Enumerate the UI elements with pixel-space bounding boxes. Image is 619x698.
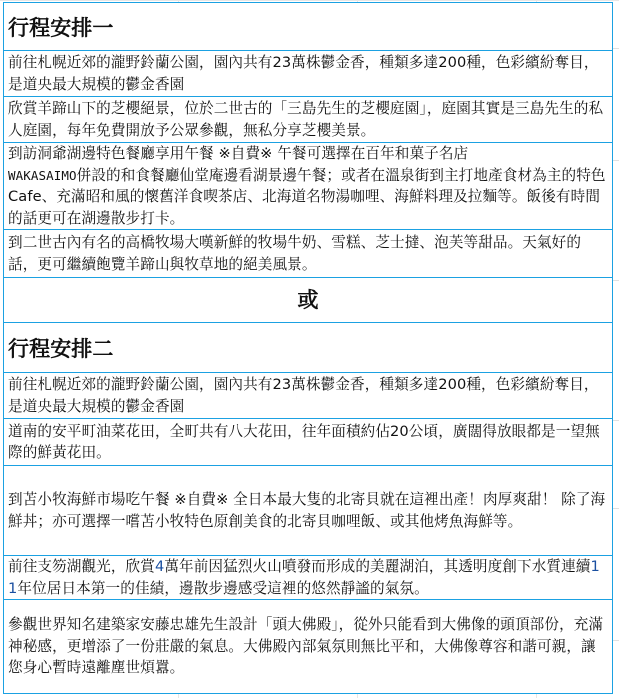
plan-one-item-3-text-a: 到訪洞爺湖邊特色餐廳享用午餐 ※自費※ 午餐可選擇在百年和菓子名店 — [8, 145, 468, 162]
plan-one-item-4: 到二世古內有名的高橋牧場大嘆新鮮的牧場牛奶、雪糕、芝士撻、泡芙等甜品。天氣好的話… — [4, 230, 613, 278]
plan-two-item-5: 參觀世界知名建築家安藤忠雄先生設計「頭大佛殿」，從外只能看到大佛像的頭頂部份，充… — [4, 600, 613, 694]
plan-one-item-3: 到訪洞爺湖邊特色餐廳享用午餐 ※自費※ 午餐可選擇在百年和菓子名店WAKASAI… — [4, 143, 613, 230]
plan-two-item-4-text-b: 萬年前因猛烈火山噴發而形成的美麗湖泊，其透明度創下水質連續 — [164, 558, 590, 575]
plan-two-item-4-text-a: 前往支笏湖觀光，欣賞 — [8, 558, 155, 575]
gridline — [613, 280, 619, 281]
plan-one-item-row: 欣賞羊蹄山下的芝櫻絕景，位於二世古的「三島先生的芝櫻庭園」，庭園其實是三島先生的… — [4, 97, 613, 143]
plan-one-item-row: 到二世古內有名的高橋牧場大嘆新鮮的牧場牛奶、雪糕、芝士撻、泡芙等甜品。天氣好的話… — [4, 230, 613, 278]
plan-one-item-2: 欣賞羊蹄山下的芝櫻絕景，位於二世古的「三島先生的芝櫻庭園」，庭園其實是三島先生的… — [4, 97, 613, 143]
gridline — [613, 420, 619, 421]
plan-two-item-1: 前往札幌近郊的瀧野鈴蘭公園，園內共有23萬株鬱金香，種類多達200種，色彩繽紛奪… — [4, 373, 613, 419]
gridline — [613, 508, 619, 509]
or-separator: 或 — [4, 278, 613, 323]
plan-two-item-4: 前往支笏湖觀光，欣賞4萬年前因猛烈火山噴發而形成的美麗湖泊，其透明度創下水質連續… — [4, 556, 613, 600]
plan-two-item-4-text-c: 年位居日本第一的佳績，邊散步邊感受這裡的悠然靜謐的氣氛。 — [17, 580, 428, 597]
plan-two-title: 行程安排二 — [4, 323, 613, 373]
plan-two-item-row: 前往札幌近郊的瀧野鈴蘭公園，園內共有23萬株鬱金香，種類多達200種，色彩繽紛奪… — [4, 373, 613, 419]
gridline — [613, 160, 619, 161]
plan-one-title: 行程安排一 — [4, 3, 613, 51]
gridline — [613, 640, 619, 641]
separator-row: 或 — [4, 278, 613, 323]
plan-two-item-3: 到苫小牧海鮮市場吃午餐 ※自費※ 全日本最大隻的北寄貝就在這裡出產！肉厚爽甜！ … — [4, 466, 613, 556]
plan-one-item-row: 到訪洞爺湖邊特色餐廳享用午餐 ※自費※ 午餐可選擇在百年和菓子名店WAKASAI… — [4, 143, 613, 230]
gridline — [613, 48, 619, 49]
plan-two-title-row: 行程安排二 — [4, 323, 613, 373]
plan-two-item-row: 道南的安平町油菜花田，全町共有八大花田，往年面積約佔20公頃，廣闊得放眼都是一望… — [4, 419, 613, 466]
plan-two-item-row: 參觀世界知名建築家安藤忠雄先生設計「頭大佛殿」，從外只能看到大佛像的頭頂部份，充… — [4, 600, 613, 694]
plan-two-item-4-number-1: 4 — [155, 558, 164, 575]
plan-one-item-1: 前往札幌近郊的瀧野鈴蘭公園，園內共有23萬株鬱金香，種類多達200種，色彩繽紛奪… — [4, 51, 613, 97]
itinerary-table: 行程安排一 前往札幌近郊的瀧野鈴蘭公園，園內共有23萬株鬱金香，種類多達200種… — [3, 2, 613, 694]
plan-one-item-row: 前往札幌近郊的瀧野鈴蘭公園，園內共有23萬株鬱金香，種類多達200種，色彩繽紛奪… — [4, 51, 613, 97]
plan-two-item-2: 道南的安平町油菜花田，全町共有八大花田，往年面積約佔20公頃，廣闊得放眼都是一望… — [4, 419, 613, 466]
plan-one-item-3-text-b: 併設的和食餐廳仙堂庵邊看湖景邊午餐；或者在溫泉街到主打地產食材為主的特色Cafe… — [8, 167, 606, 227]
plan-one-item-3-brand: WAKASAIMO — [8, 168, 77, 183]
plan-one-title-row: 行程安排一 — [4, 3, 613, 51]
plan-two-item-row: 到苫小牧海鮮市場吃午餐 ※自費※ 全日本最大隻的北寄貝就在這裡出產！肉厚爽甜！ … — [4, 466, 613, 556]
plan-two-item-row: 前往支笏湖觀光，欣賞4萬年前因猛烈火山噴發而形成的美麗湖泊，其透明度創下水質連續… — [4, 556, 613, 600]
